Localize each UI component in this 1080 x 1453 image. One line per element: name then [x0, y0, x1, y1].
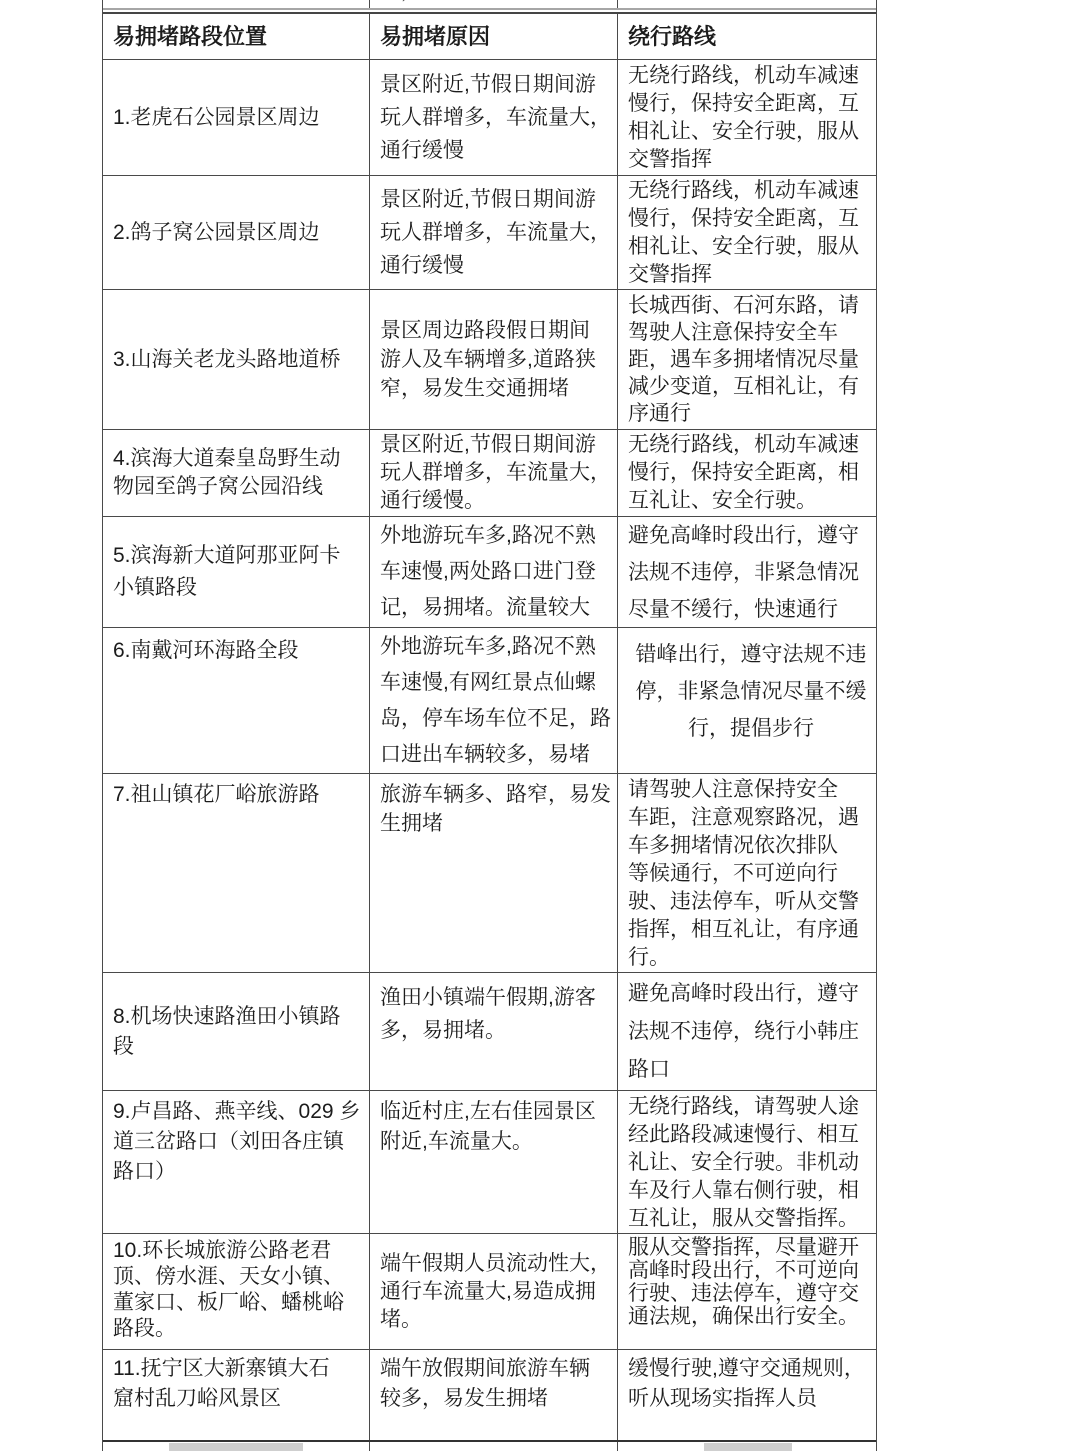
- location-text: 1.老虎石公园景区周边: [113, 103, 367, 133]
- column-header-reason: 易拥堵原因: [370, 14, 618, 59]
- detour-text: 服从交警指挥，尽量避开 高峰时段出行，不可逆向 行驶、违法停车，遵守交 通法规，…: [628, 1236, 874, 1328]
- location-cell: 4.滨海大道秦皇岛野生动 物园至鸽子窝公园沿线: [103, 430, 370, 516]
- table-row: 8.机场快速路渔田小镇路 段 渔田小镇端午假期,游客 多，易拥堵。 避免高峰时段…: [103, 973, 876, 1091]
- reason-cell: 景区附近,节假日期间游 玩人群增多，车流量大， 通行缓慢: [370, 60, 618, 175]
- location-cell: 2.鸽子窝公园景区周边: [103, 176, 370, 289]
- reason-cell: 旅游车辆多、路窄，易发 生拥堵: [370, 774, 618, 972]
- table-row-partial-top: 大，车速较快。: [103, 0, 876, 10]
- detour-text: 无绕行路线，请驾驶人途 经此路段减速慢行、相互 礼让、安全行驶。非机动 车及行人…: [628, 1093, 874, 1233]
- reason-cell: 渔田小镇端午假期,游客 多，易拥堵。: [370, 973, 618, 1090]
- table-row-partial-bottom: [103, 1442, 876, 1451]
- detour-cell: 请驾驶人注意保持安全 车距，注意观察路况，遇 车多拥堵情况依次排队 等候通行，不…: [618, 774, 876, 972]
- location-cell: 1.老虎石公园景区周边: [103, 60, 370, 175]
- detour-cell: 服从交警指挥，尽量避开 高峰时段出行，不可逆向 行驶、违法停车，遵守交 通法规，…: [618, 1234, 876, 1349]
- table-row: 6.南戴河环海路全段 外地游玩车多,路况不熟 车速慢,有网红景点仙螺 岛，停车场…: [103, 628, 876, 774]
- reason-cell: 端午放假期间旅游车辆 较多，易发生拥堵: [370, 1350, 618, 1440]
- reason-text: 端午放假期间旅游车辆 较多，易发生拥堵: [380, 1354, 615, 1414]
- detour-cell: 缓慢行驶,遵守交通规则， 听从现场实指挥人员: [618, 1350, 876, 1440]
- detour-cell: 无绕行路线，机动车减速 慢行，保持安全距离，相 互礼让、安全行驶。: [618, 430, 876, 516]
- detour-text: 避免高峰时段出行，遵守 法规不违停，绕行小韩庄 路口: [628, 975, 874, 1089]
- reason-text: 临近村庄,左右佳园景区 附近,车流量大。: [380, 1097, 615, 1157]
- reason-text: 渔田小镇端午假期,游客 多，易拥堵。: [380, 981, 615, 1047]
- document-page: 大，车速较快。 易拥堵路段位置 易拥堵原因 绕行路线 1.老虎石公园景区周边 景…: [0, 0, 1080, 1453]
- column-header-label: 绕行路线: [628, 24, 874, 50]
- table-header-row: 易拥堵路段位置 易拥堵原因 绕行路线: [103, 12, 876, 60]
- reason-cell: 临近村庄,左右佳园景区 附近,车流量大。: [370, 1091, 618, 1233]
- reason-text: 外地游玩车多,路况不熟 车速慢,两处路口进门登 记，易拥堵。流量较大: [380, 518, 615, 626]
- location-text: 11.抚宁区大新寨镇大石 窟村乱刀峪风景区: [113, 1354, 367, 1414]
- table-row: 5.滨海新大道阿那亚阿卡 小镇路段 外地游玩车多,路况不熟 车速慢,两处路口进门…: [103, 517, 876, 628]
- reason-cell: 外地游玩车多,路况不熟 车速慢,两处路口进门登 记，易拥堵。流量较大: [370, 517, 618, 627]
- table-row: 7.祖山镇花厂峪旅游路 旅游车辆多、路窄，易发 生拥堵 请驾驶人注意保持安全 车…: [103, 774, 876, 973]
- reason-text: 外地游玩车多,路况不熟 车速慢,有网红景点仙螺 岛，停车场车位不足，路 口进出车…: [380, 629, 615, 773]
- location-cell: 6.南戴河环海路全段: [103, 628, 370, 773]
- table-row: 4.滨海大道秦皇岛野生动 物园至鸽子窝公园沿线 景区附近,节假日期间游 玩人群增…: [103, 430, 876, 517]
- column-header-location: 易拥堵路段位置: [103, 14, 370, 59]
- gray-highlight-block: [169, 1443, 303, 1451]
- location-text: 5.滨海新大道阿那亚阿卡 小镇路段: [113, 540, 367, 604]
- reason-cell: 景区附近,节假日期间游 玩人群增多，车流量大， 通行缓慢。: [370, 430, 618, 516]
- detour-text: 避免高峰时段出行，遵守 法规不违停，非紧急情况 尽量不缓行，快速通行: [628, 517, 874, 627]
- detour-cell: 长城西街、石河东路，请 驾驶人注意保持安全车 距，遇车多拥堵情况尽量 减少变道，…: [618, 290, 876, 429]
- location-text: 3.山海关老龙头路地道桥: [113, 345, 367, 375]
- reason-text: 景区周边路段假日期间 游人及车辆增多,道路狭 窄，易发生交通拥堵: [380, 316, 615, 403]
- reason-cell: 大，车速较快。: [370, 0, 618, 8]
- location-cell: 3.山海关老龙头路地道桥: [103, 290, 370, 429]
- reason-cell: [370, 1442, 618, 1451]
- reason-text: 景区附近,节假日期间游 玩人群增多，车流量大， 通行缓慢: [380, 183, 615, 282]
- location-cell: [103, 0, 370, 8]
- detour-cell: 无绕行路线，请驾驶人途 经此路段减速慢行、相互 礼让、安全行驶。非机动 车及行人…: [618, 1091, 876, 1233]
- column-header-label: 易拥堵路段位置: [113, 24, 367, 50]
- reason-text: 旅游车辆多、路窄，易发 生拥堵: [380, 780, 615, 838]
- location-text: 2.鸽子窝公园景区周边: [113, 218, 367, 248]
- reason-text: 端午假期人员流动性大， 通行车流量大,易造成拥 堵。: [380, 1250, 615, 1334]
- location-text: 8.机场快速路渔田小镇路 段: [113, 1002, 367, 1062]
- reason-cell: 外地游玩车多,路况不熟 车速慢,有网红景点仙螺 岛，停车场车位不足，路 口进出车…: [370, 628, 618, 773]
- detour-text: 缓慢行驶,遵守交通规则， 听从现场实指挥人员: [628, 1354, 874, 1414]
- location-cell: 10.环长城旅游公路老君 顶、傍水涯、天女小镇、 董家口、板厂峪、蟠桃峪 路段。: [103, 1234, 370, 1349]
- clipped-text-fragment: 大，车速较快。: [380, 0, 615, 8]
- detour-cell: 无绕行路线，机动车减速 慢行，保持安全距离，互 相礼让、安全行驶，服从 交警指挥: [618, 176, 876, 289]
- reason-cell: 景区周边路段假日期间 游人及车辆增多,道路狭 窄，易发生交通拥堵: [370, 290, 618, 429]
- detour-cell: [618, 0, 876, 8]
- congestion-table: 大，车速较快。 易拥堵路段位置 易拥堵原因 绕行路线 1.老虎石公园景区周边 景…: [102, 0, 877, 1451]
- location-cell: 8.机场快速路渔田小镇路 段: [103, 973, 370, 1090]
- location-text: 10.环长城旅游公路老君 顶、傍水涯、天女小镇、 董家口、板厂峪、蟠桃峪 路段。: [113, 1238, 367, 1342]
- location-text: 4.滨海大道秦皇岛野生动 物园至鸽子窝公园沿线: [113, 445, 367, 501]
- table-row: 10.环长城旅游公路老君 顶、傍水涯、天女小镇、 董家口、板厂峪、蟠桃峪 路段。…: [103, 1234, 876, 1350]
- table-row: 1.老虎石公园景区周边 景区附近,节假日期间游 玩人群增多，车流量大， 通行缓慢…: [103, 60, 876, 176]
- detour-cell: 错峰出行，遵守法规不违 停，非紧急情况尽量不缓 行，提倡步行: [618, 628, 876, 773]
- detour-cell: 避免高峰时段出行，遵守 法规不违停，绕行小韩庄 路口: [618, 973, 876, 1090]
- detour-text: 错峰出行，遵守法规不违 停，非紧急情况尽量不缓 行，提倡步行: [628, 636, 874, 747]
- detour-text: 请驾驶人注意保持安全 车距，注意观察路况，遇 车多拥堵情况依次排队 等候通行，不…: [628, 776, 874, 972]
- location-cell: 9.卢昌路、燕辛线、029 乡 道三岔路口（刘田各庄镇 路口）: [103, 1091, 370, 1233]
- detour-text: 无绕行路线，机动车减速 慢行，保持安全距离，互 相礼让、安全行驶，服从 交警指挥: [628, 177, 874, 289]
- reason-cell: 端午假期人员流动性大， 通行车流量大,易造成拥 堵。: [370, 1234, 618, 1349]
- reason-cell: 景区附近,节假日期间游 玩人群增多，车流量大， 通行缓慢: [370, 176, 618, 289]
- reason-text: 景区附近,节假日期间游 玩人群增多，车流量大， 通行缓慢: [380, 68, 615, 167]
- location-cell: 7.祖山镇花厂峪旅游路: [103, 774, 370, 972]
- detour-text: 无绕行路线，机动车减速 慢行，保持安全距离，互 相礼让、安全行驶，服从 交警指挥: [628, 62, 874, 174]
- table-row: 9.卢昌路、燕辛线、029 乡 道三岔路口（刘田各庄镇 路口） 临近村庄,左右佳…: [103, 1091, 876, 1234]
- column-header-detour: 绕行路线: [618, 14, 876, 59]
- table-row: 2.鸽子窝公园景区周边 景区附近,节假日期间游 玩人群增多，车流量大， 通行缓慢…: [103, 176, 876, 290]
- location-cell: 5.滨海新大道阿那亚阿卡 小镇路段: [103, 517, 370, 627]
- detour-text: 无绕行路线，机动车减速 慢行，保持安全距离，相 互礼让、安全行驶。: [628, 431, 874, 515]
- gray-highlight-block: [704, 1443, 792, 1451]
- location-text: 7.祖山镇花厂峪旅游路: [113, 780, 367, 809]
- location-text: 6.南戴河环海路全段: [113, 636, 367, 665]
- table-row: 11.抚宁区大新寨镇大石 窟村乱刀峪风景区 端午放假期间旅游车辆 较多，易发生拥…: [103, 1350, 876, 1442]
- detour-cell: 无绕行路线，机动车减速 慢行，保持安全距离，互 相礼让、安全行驶，服从 交警指挥: [618, 60, 876, 175]
- table-row: 3.山海关老龙头路地道桥 景区周边路段假日期间 游人及车辆增多,道路狭 窄，易发…: [103, 290, 876, 430]
- detour-text: 长城西街、石河东路，请 驾驶人注意保持安全车 距，遇车多拥堵情况尽量 减少变道，…: [628, 292, 874, 427]
- detour-cell: 避免高峰时段出行，遵守 法规不违停，非紧急情况 尽量不缓行，快速通行: [618, 517, 876, 627]
- location-cell: 11.抚宁区大新寨镇大石 窟村乱刀峪风景区: [103, 1350, 370, 1440]
- reason-text: 景区附近,节假日期间游 玩人群增多，车流量大， 通行缓慢。: [380, 431, 615, 515]
- column-header-label: 易拥堵原因: [380, 24, 615, 50]
- location-text: 9.卢昌路、燕辛线、029 乡 道三岔路口（刘田各庄镇 路口）: [113, 1097, 367, 1187]
